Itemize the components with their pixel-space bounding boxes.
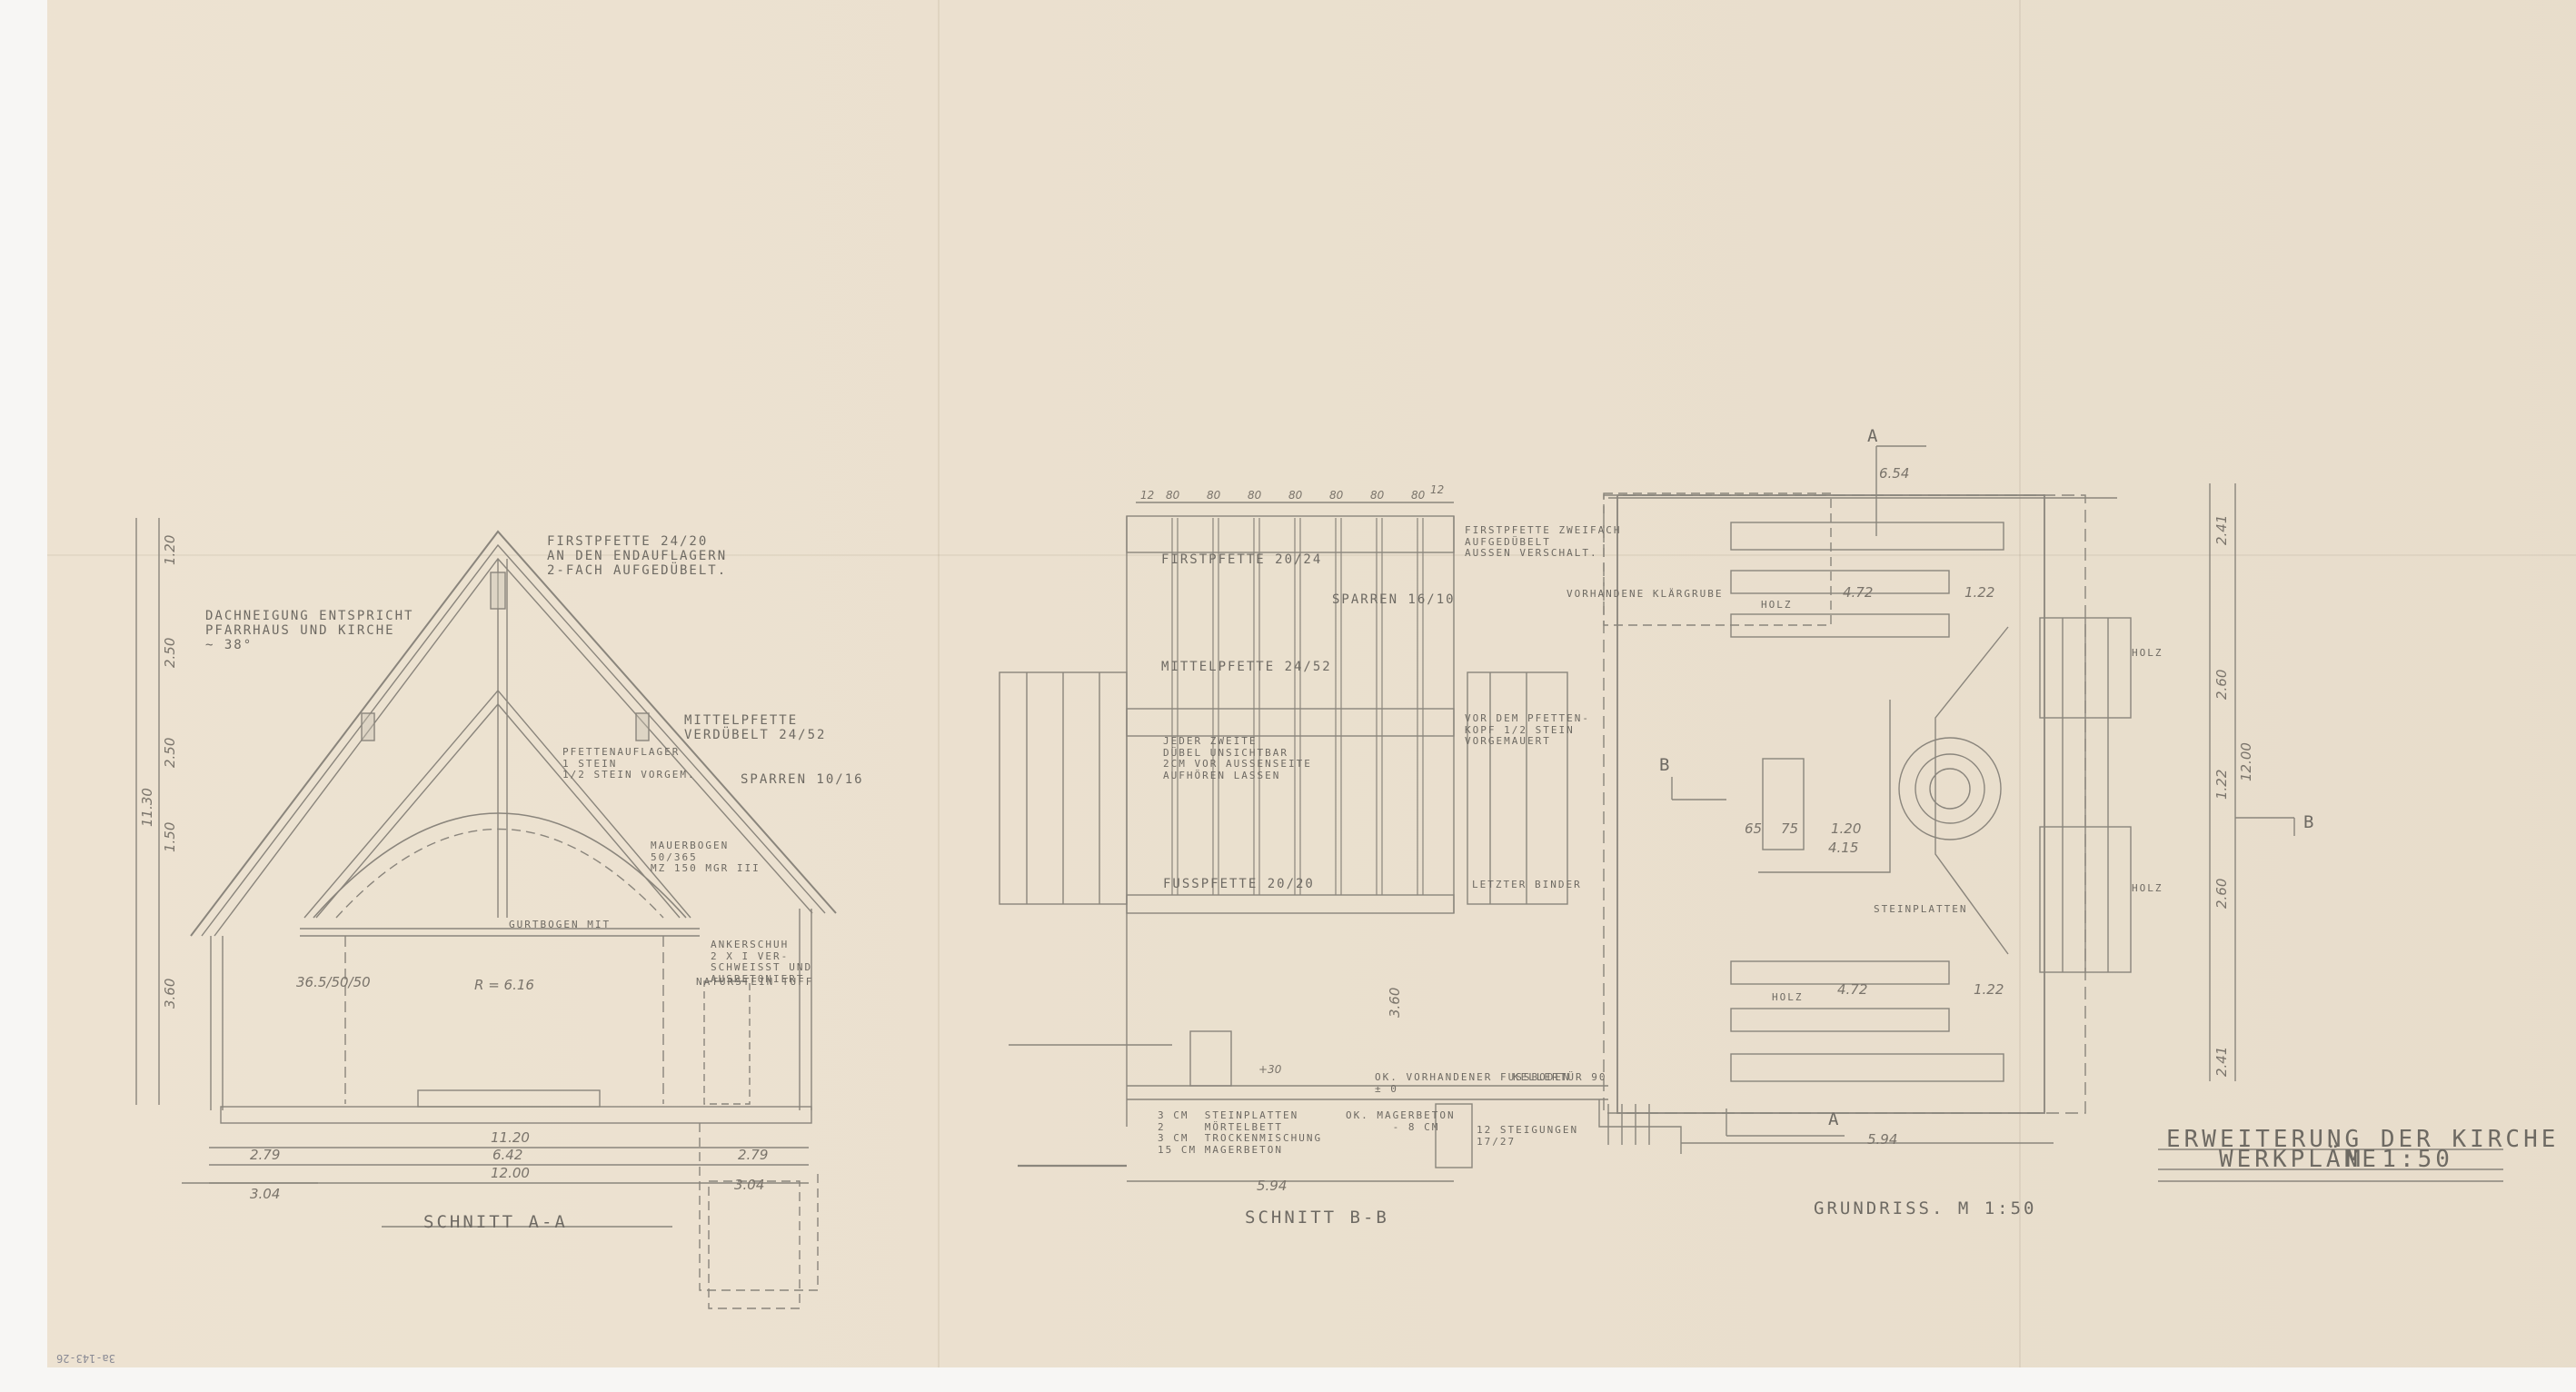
plan-dim-1-20: 1.20 [1831, 820, 1861, 837]
plan-right-dim: 2.41 [2213, 1047, 2230, 1077]
plan-dim-4-15: 4.15 [1828, 840, 1858, 856]
plan-dim-4-72: 4.72 [1843, 584, 1873, 601]
bb-top-dim: 80 [1329, 489, 1343, 502]
bb-head-note: VOR DEM PFETTEN- KOPF 1/2 STEIN VORGEMAU… [1465, 713, 1590, 748]
bb-stairs-note: 12 STEIGUNGEN 17/27 [1477, 1125, 1578, 1148]
bb-top-dim: 80 [1288, 489, 1302, 502]
dim-11-20: 11.20 [491, 1129, 530, 1146]
architectural-linework [0, 0, 2576, 1392]
dim-v-5: 3.60 [162, 979, 178, 1009]
plan-dim-4-72-lower: 4.72 [1837, 981, 1867, 998]
masonry-arch-note: MAUERBOGEN 50/365 MZ 150 MGR III [651, 840, 761, 875]
dim-3-04-left: 3.04 [250, 1186, 280, 1202]
plan-right-dim: 2.60 [2213, 670, 2230, 700]
bb-ridge-purlin: FIRSTPFETTE 20/24 [1161, 552, 1322, 567]
natural-stone-note: NATURSTEIN TUFF [696, 977, 813, 989]
wood-label: HOLZ [2132, 648, 2163, 660]
radius-dim: R = 6.16 [474, 977, 534, 993]
bb-dim-5-94: 5.94 [1257, 1178, 1287, 1194]
section-mark-a-top: A [1867, 427, 1880, 447]
plan-dim-65: 65 [1745, 820, 1762, 837]
plan-right-dim: 2.60 [2213, 879, 2230, 909]
bb-top-dim: 12 [1140, 489, 1154, 502]
wood-label: HOLZ [1761, 600, 1793, 611]
rafters-note: SPARREN 10/16 [741, 772, 864, 787]
section-aa-caption: SCHNITT A-A [423, 1213, 568, 1233]
dim-2-79-left: 2.79 [250, 1147, 280, 1163]
dim-v-total: 11.30 [139, 788, 155, 827]
bb-last-truss: LETZTER BINDER [1472, 880, 1582, 891]
wood-label: HOLZ [1772, 992, 1804, 1004]
drawing-scale: M 1:50 [2346, 1147, 2453, 1174]
plan-dim-1-22-lower: 1.22 [1974, 981, 2004, 998]
bb-floor-buildup: 3 CM STEINPLATTEN OK. MAGERBETON 2 MÖRTE… [1158, 1110, 1456, 1157]
bb-top-dim: 80 [1207, 489, 1220, 502]
floor-plan-caption: GRUNDRISS. M 1:50 [1814, 1199, 2036, 1219]
dim-6-42: 6.42 [492, 1147, 522, 1163]
dim-v-1: 1.20 [162, 535, 178, 565]
bb-top-dim: 80 [1370, 489, 1384, 502]
section-mark-a-bottom: A [1828, 1110, 1841, 1130]
plan-dim-6-54: 6.54 [1879, 465, 1909, 482]
bb-cellar-door: KELLERTÜR 90 [1513, 1072, 1606, 1084]
bb-top-dim: 80 [1411, 489, 1425, 502]
roof-pitch-note: DACHNEIGUNG ENTSPRICHT PFARRHAUS UND KIR… [205, 609, 413, 652]
section-mark-b-right: B [2303, 813, 2316, 833]
section-bb-caption: SCHNITT B-B [1245, 1208, 1389, 1228]
plan-right-dim: 2.41 [2213, 515, 2230, 545]
bb-top-dim: 80 [1248, 489, 1261, 502]
plan-dim-75: 75 [1781, 820, 1798, 837]
bb-top-dim: 80 [1166, 489, 1179, 502]
purlin-bearing-note: PFETTENAUFLAGER 1 STEIN 1/2 STEIN VORGEM… [562, 747, 696, 781]
ridge-purlin-note: FIRSTPFETTE 24/20 AN DEN ENDAUFLAGERN 2-… [547, 534, 727, 578]
plan-dim-1-22: 1.22 [1964, 584, 1994, 601]
wood-label: HOLZ [2132, 883, 2163, 895]
bb-ridge-note: FIRSTPFETTE ZWEIFACH AUFGEDÜBELT AUSSEN … [1465, 525, 1621, 560]
dim-2-79-right: 2.79 [738, 1147, 768, 1163]
bb-rafters: SPARREN 16/10 [1332, 592, 1456, 607]
floor-plan-drawing [1604, 446, 2294, 1143]
plan-right-dim: 1.22 [2213, 770, 2230, 800]
dim-v-2: 2.50 [162, 638, 178, 668]
bb-foot-purlin: FUSSPFETTE 20/20 [1163, 877, 1315, 891]
bb-step-level: +30 [1258, 1063, 1281, 1076]
plan-right-total: 12.00 [2238, 742, 2254, 781]
pier-dim: 36.5/50/50 [296, 974, 371, 990]
dim-v-4: 1.50 [162, 822, 178, 852]
bb-top-dim: 12 [1430, 483, 1444, 496]
bb-dowel-note: JEDER ZWEITE DÜBEL UNSICHTBAR 2CM VOR AU… [1163, 736, 1312, 782]
arch-label: GURTBOGEN MIT [509, 920, 611, 931]
section-mark-b-left: B [1659, 756, 1672, 776]
septic-tank-label: VORHANDENE KLÄRGRUBE [1566, 589, 1723, 601]
plan-dim-5-94: 5.94 [1867, 1131, 1897, 1148]
dim-3-04-right: 3.04 [734, 1177, 764, 1193]
dim-v-3: 2.50 [162, 738, 178, 768]
bb-middle-purlin: MITTELPFETTE 24/52 [1161, 660, 1332, 674]
middle-purlin-note: MITTELPFETTE VERDÜBELT 24/52 [684, 713, 826, 742]
inventory-stamp: 3a-143-26 [56, 1352, 115, 1365]
dim-12-00: 12.00 [491, 1165, 530, 1181]
stone-slabs-label: STEINPLATTEN [1874, 904, 1967, 916]
bb-dim-3-60: 3.60 [1387, 988, 1403, 1018]
